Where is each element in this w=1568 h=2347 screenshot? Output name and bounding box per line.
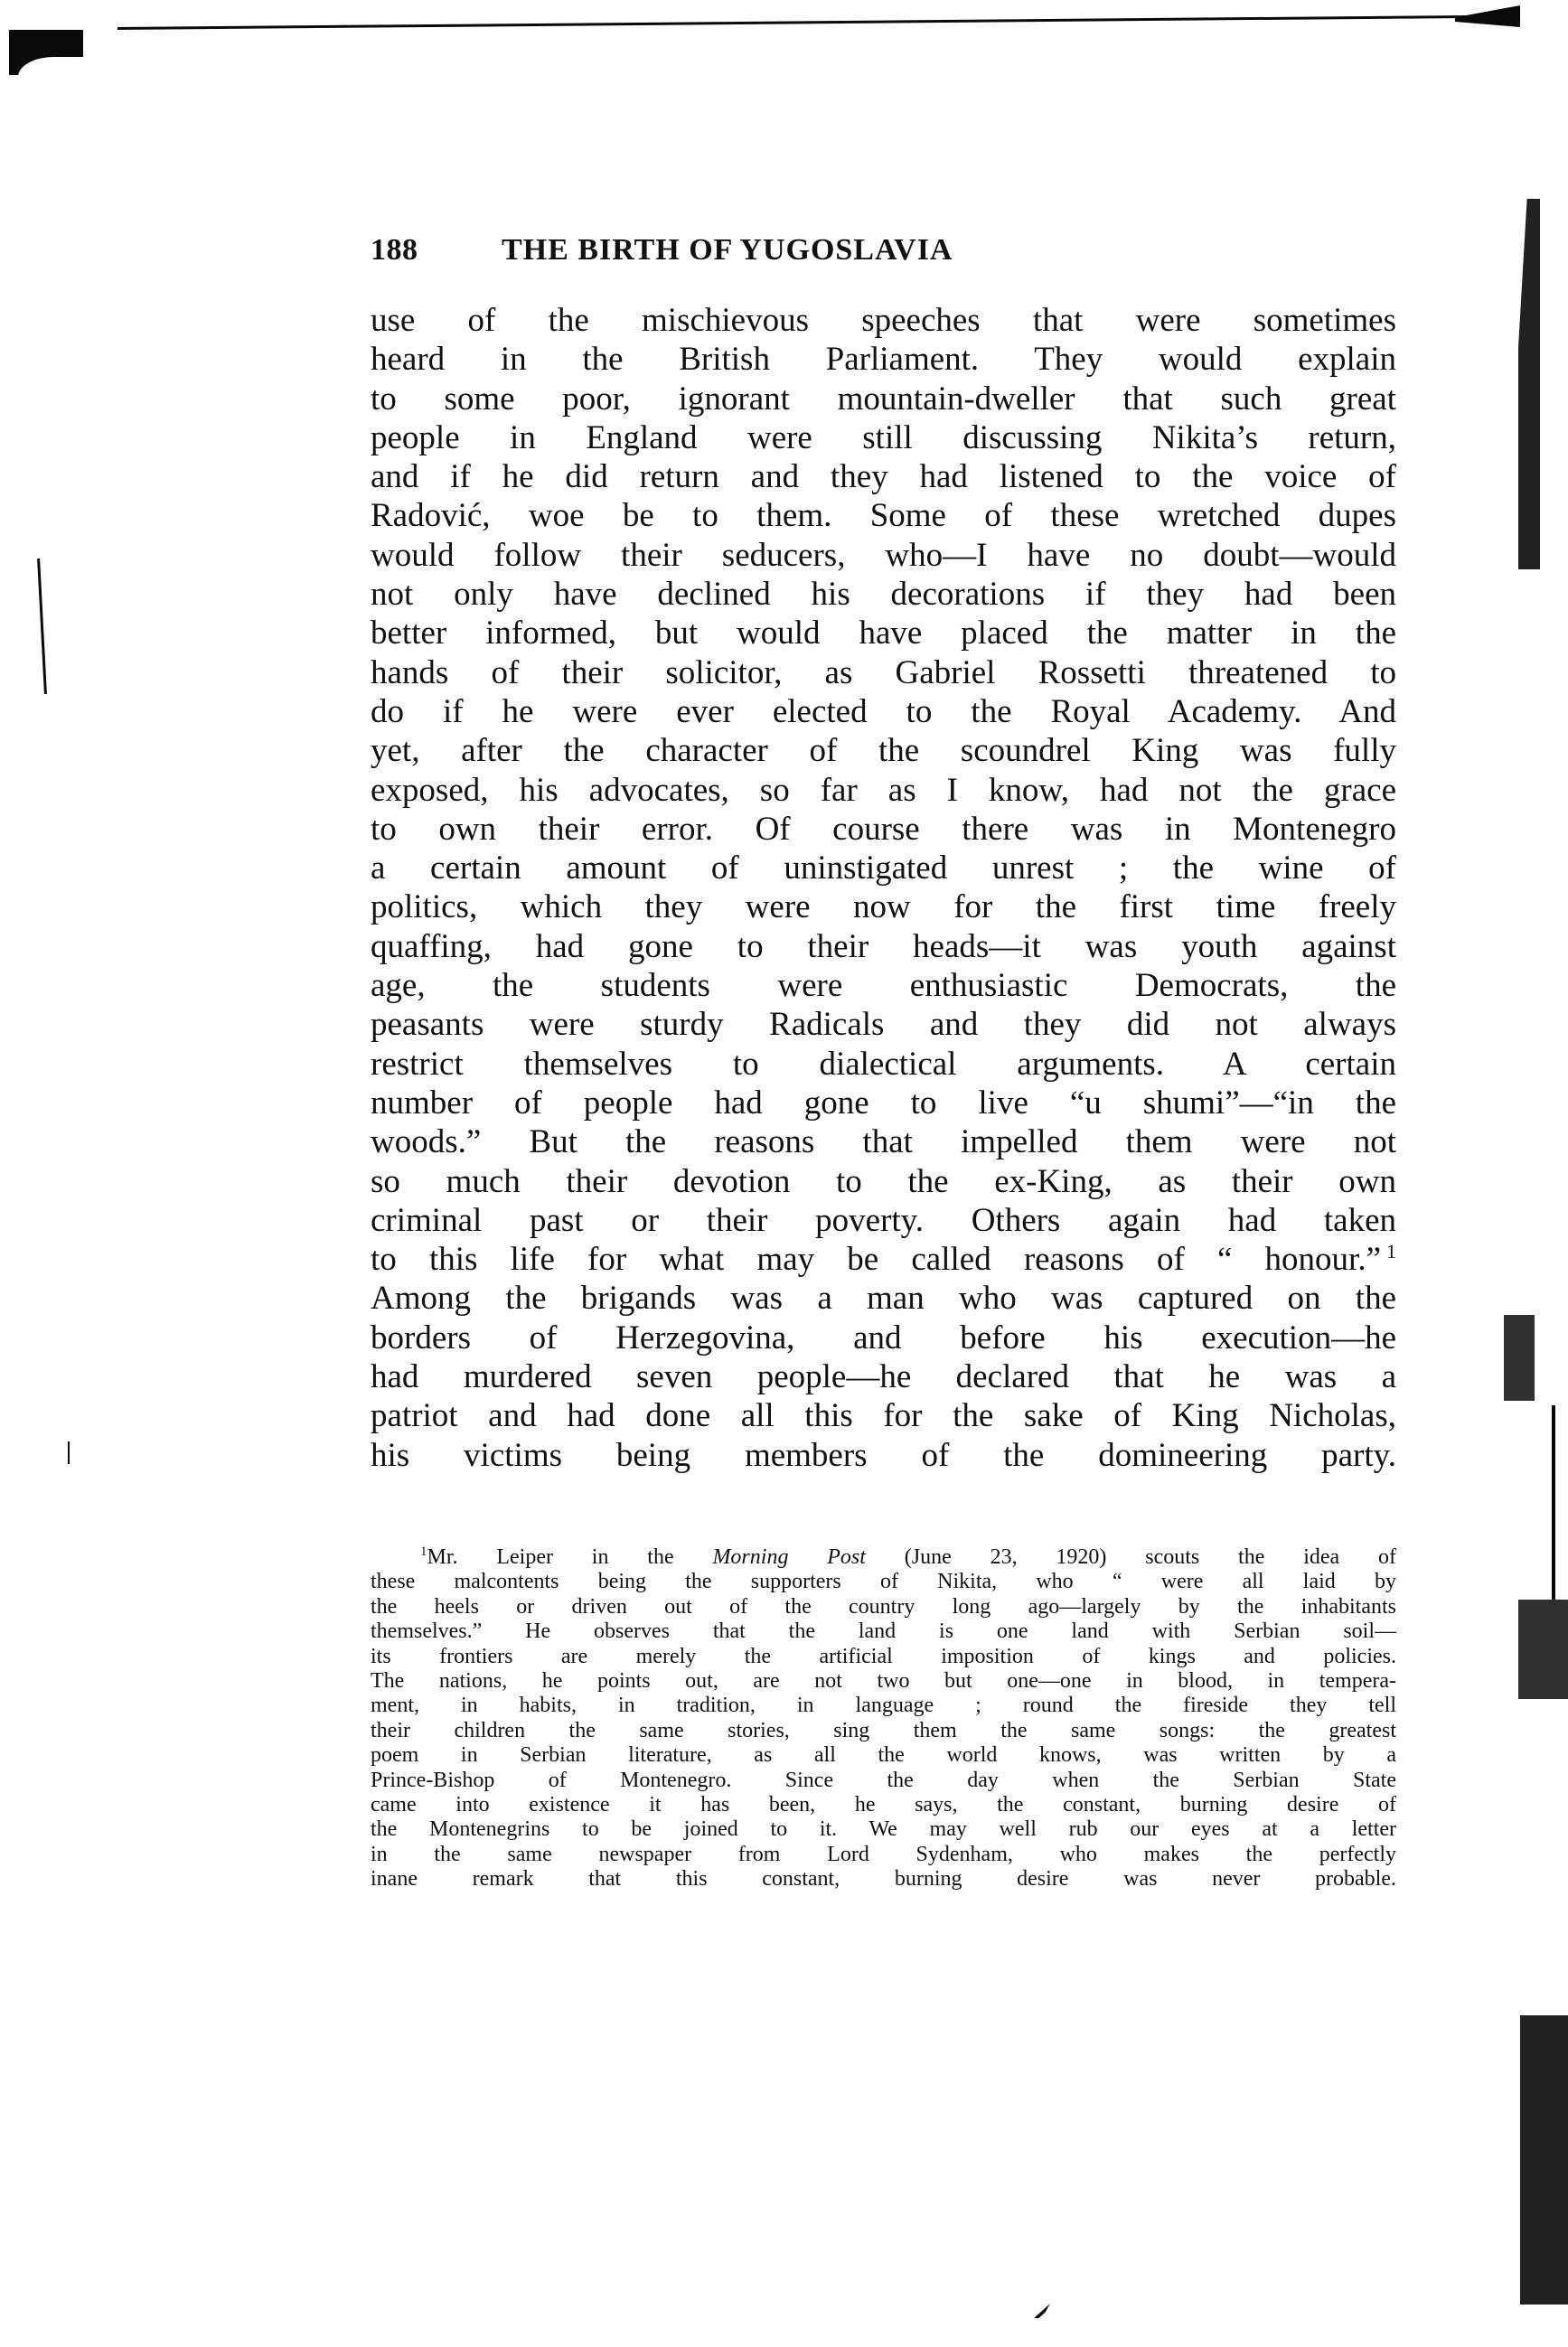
- scan-right-edge-shadow: [1518, 199, 1540, 569]
- text-line: age, the students were enthusiastic Demo…: [371, 966, 1396, 1005]
- footnote-marker: 1: [420, 1544, 427, 1559]
- footnote-line: the Montenegrins to be joined to it. We …: [371, 1817, 1396, 1842]
- footnote-line: came into existence it has been, he says…: [371, 1793, 1396, 1817]
- footnote-text: (June 23, 1920) scouts the idea of: [866, 1545, 1396, 1569]
- text-line: use of the mischievous speeches that wer…: [371, 301, 1396, 340]
- footnote-reference[interactable]: 1: [1386, 1240, 1396, 1263]
- text-line: quaffing, had gone to their heads—it was…: [371, 927, 1396, 966]
- scan-left-margin-line: [37, 559, 47, 694]
- footnote-line: Prince-Bishop of Montenegro. Since the d…: [371, 1769, 1396, 1793]
- scan-corner-shadow: [9, 30, 83, 75]
- footnote-line: its frontiers are merely the artificial …: [371, 1645, 1396, 1669]
- footnote-line: the heels or driven out of the country l…: [371, 1595, 1396, 1619]
- footnote-line: inane remark that this constant, burning…: [371, 1867, 1396, 1892]
- text-line: to own their error. Of course there was …: [371, 810, 1396, 849]
- text-line: restrict themselves to dialectical argum…: [371, 1045, 1396, 1084]
- text-line: borders of Herzegovina, and before his e…: [371, 1319, 1396, 1357]
- text-line: people in England were still discussing …: [371, 418, 1396, 457]
- footnote-line: these malcontents being the supporters o…: [371, 1570, 1396, 1594]
- scan-right-edge-shadow: [1520, 2015, 1568, 2305]
- running-head: 188 THE BIRTH OF YUGOSLAVIA: [371, 233, 1396, 273]
- text-line: had murdered seven people—he declared th…: [371, 1357, 1396, 1396]
- text-line: hands of their solicitor, as Gabriel Ros…: [371, 653, 1396, 692]
- scan-right-edge-line: [1552, 1405, 1555, 1600]
- text-line: his victims being members of the dominee…: [371, 1436, 1396, 1475]
- text-line: exposed, his advocates, so far as I know…: [371, 771, 1396, 810]
- text-line: and if he did return and they had listen…: [371, 457, 1396, 496]
- text-line: number of people had gone to live “u shu…: [371, 1084, 1396, 1122]
- text-line: a certain amount of uninstigated unrest …: [371, 849, 1396, 887]
- text-line-with-footnote-ref: to this life for what may be called reas…: [371, 1240, 1396, 1279]
- text-line: patriot and had done all this for the sa…: [371, 1396, 1396, 1435]
- scan-left-margin-mark: [68, 1441, 70, 1464]
- footnote-line: in the same newspaper from Lord Sydenham…: [371, 1843, 1396, 1867]
- newspaper-title: Morning Post: [712, 1545, 866, 1569]
- text-line: criminal past or their poverty. Others a…: [371, 1201, 1396, 1240]
- footnote-text: Mr. Leiper in the: [427, 1545, 713, 1569]
- text-line: would follow their seducers, who—I have …: [371, 536, 1396, 575]
- text-line: to some poor, ignorant mountain-dweller …: [371, 380, 1396, 418]
- text-line: peasants were sturdy Radicals and they d…: [371, 1005, 1396, 1044]
- text-line: woods.” But the reasons that impelled th…: [371, 1122, 1396, 1161]
- footnote-line: The nations, he points out, are not two …: [371, 1669, 1396, 1694]
- page-number: 188: [371, 233, 418, 268]
- footnote-line: themselves.” He observes that the land i…: [371, 1619, 1396, 1644]
- text-line: so much their devotion to the ex-King, a…: [371, 1162, 1396, 1201]
- footnote-first-line: 1Mr. Leiper in the Morning Post (June 23…: [371, 1545, 1396, 1570]
- text-line: better informed, but would have placed t…: [371, 614, 1396, 652]
- scan-top-edge-shadow: [1455, 5, 1520, 27]
- footnote-line: ment, in habits, in tradition, in langua…: [371, 1694, 1396, 1718]
- running-title: THE BIRTH OF YUGOSLAVIA: [502, 233, 953, 268]
- footnote: 1Mr. Leiper in the Morning Post (June 23…: [371, 1545, 1396, 1892]
- text-line: yet, after the character of the scoundre…: [371, 731, 1396, 770]
- text-line: politics, which they were now for the fi…: [371, 887, 1396, 926]
- scan-bottom-smudge: [1034, 2304, 1050, 2318]
- text-line: Radović, woe be to them. Some of these w…: [371, 496, 1396, 535]
- footnote-line: poem in Serbian literature, as all the w…: [371, 1743, 1396, 1768]
- text-line: not only have declined his decorations i…: [371, 575, 1396, 614]
- scan-right-edge-shadow: [1504, 1315, 1535, 1401]
- footnote-line: their children the same stories, sing th…: [371, 1719, 1396, 1743]
- text-line: heard in the British Parliament. They wo…: [371, 340, 1396, 379]
- body-paragraph: use of the mischievous speeches that wer…: [371, 301, 1396, 1475]
- text-line: do if he were ever elected to the Royal …: [371, 692, 1396, 731]
- scan-top-edge-line: [117, 14, 1518, 30]
- scan-right-edge-shadow: [1518, 1600, 1568, 1699]
- text-line: to this life for what may be called reas…: [371, 1241, 1381, 1278]
- text-line: Among the brigands was a man who was cap…: [371, 1279, 1396, 1318]
